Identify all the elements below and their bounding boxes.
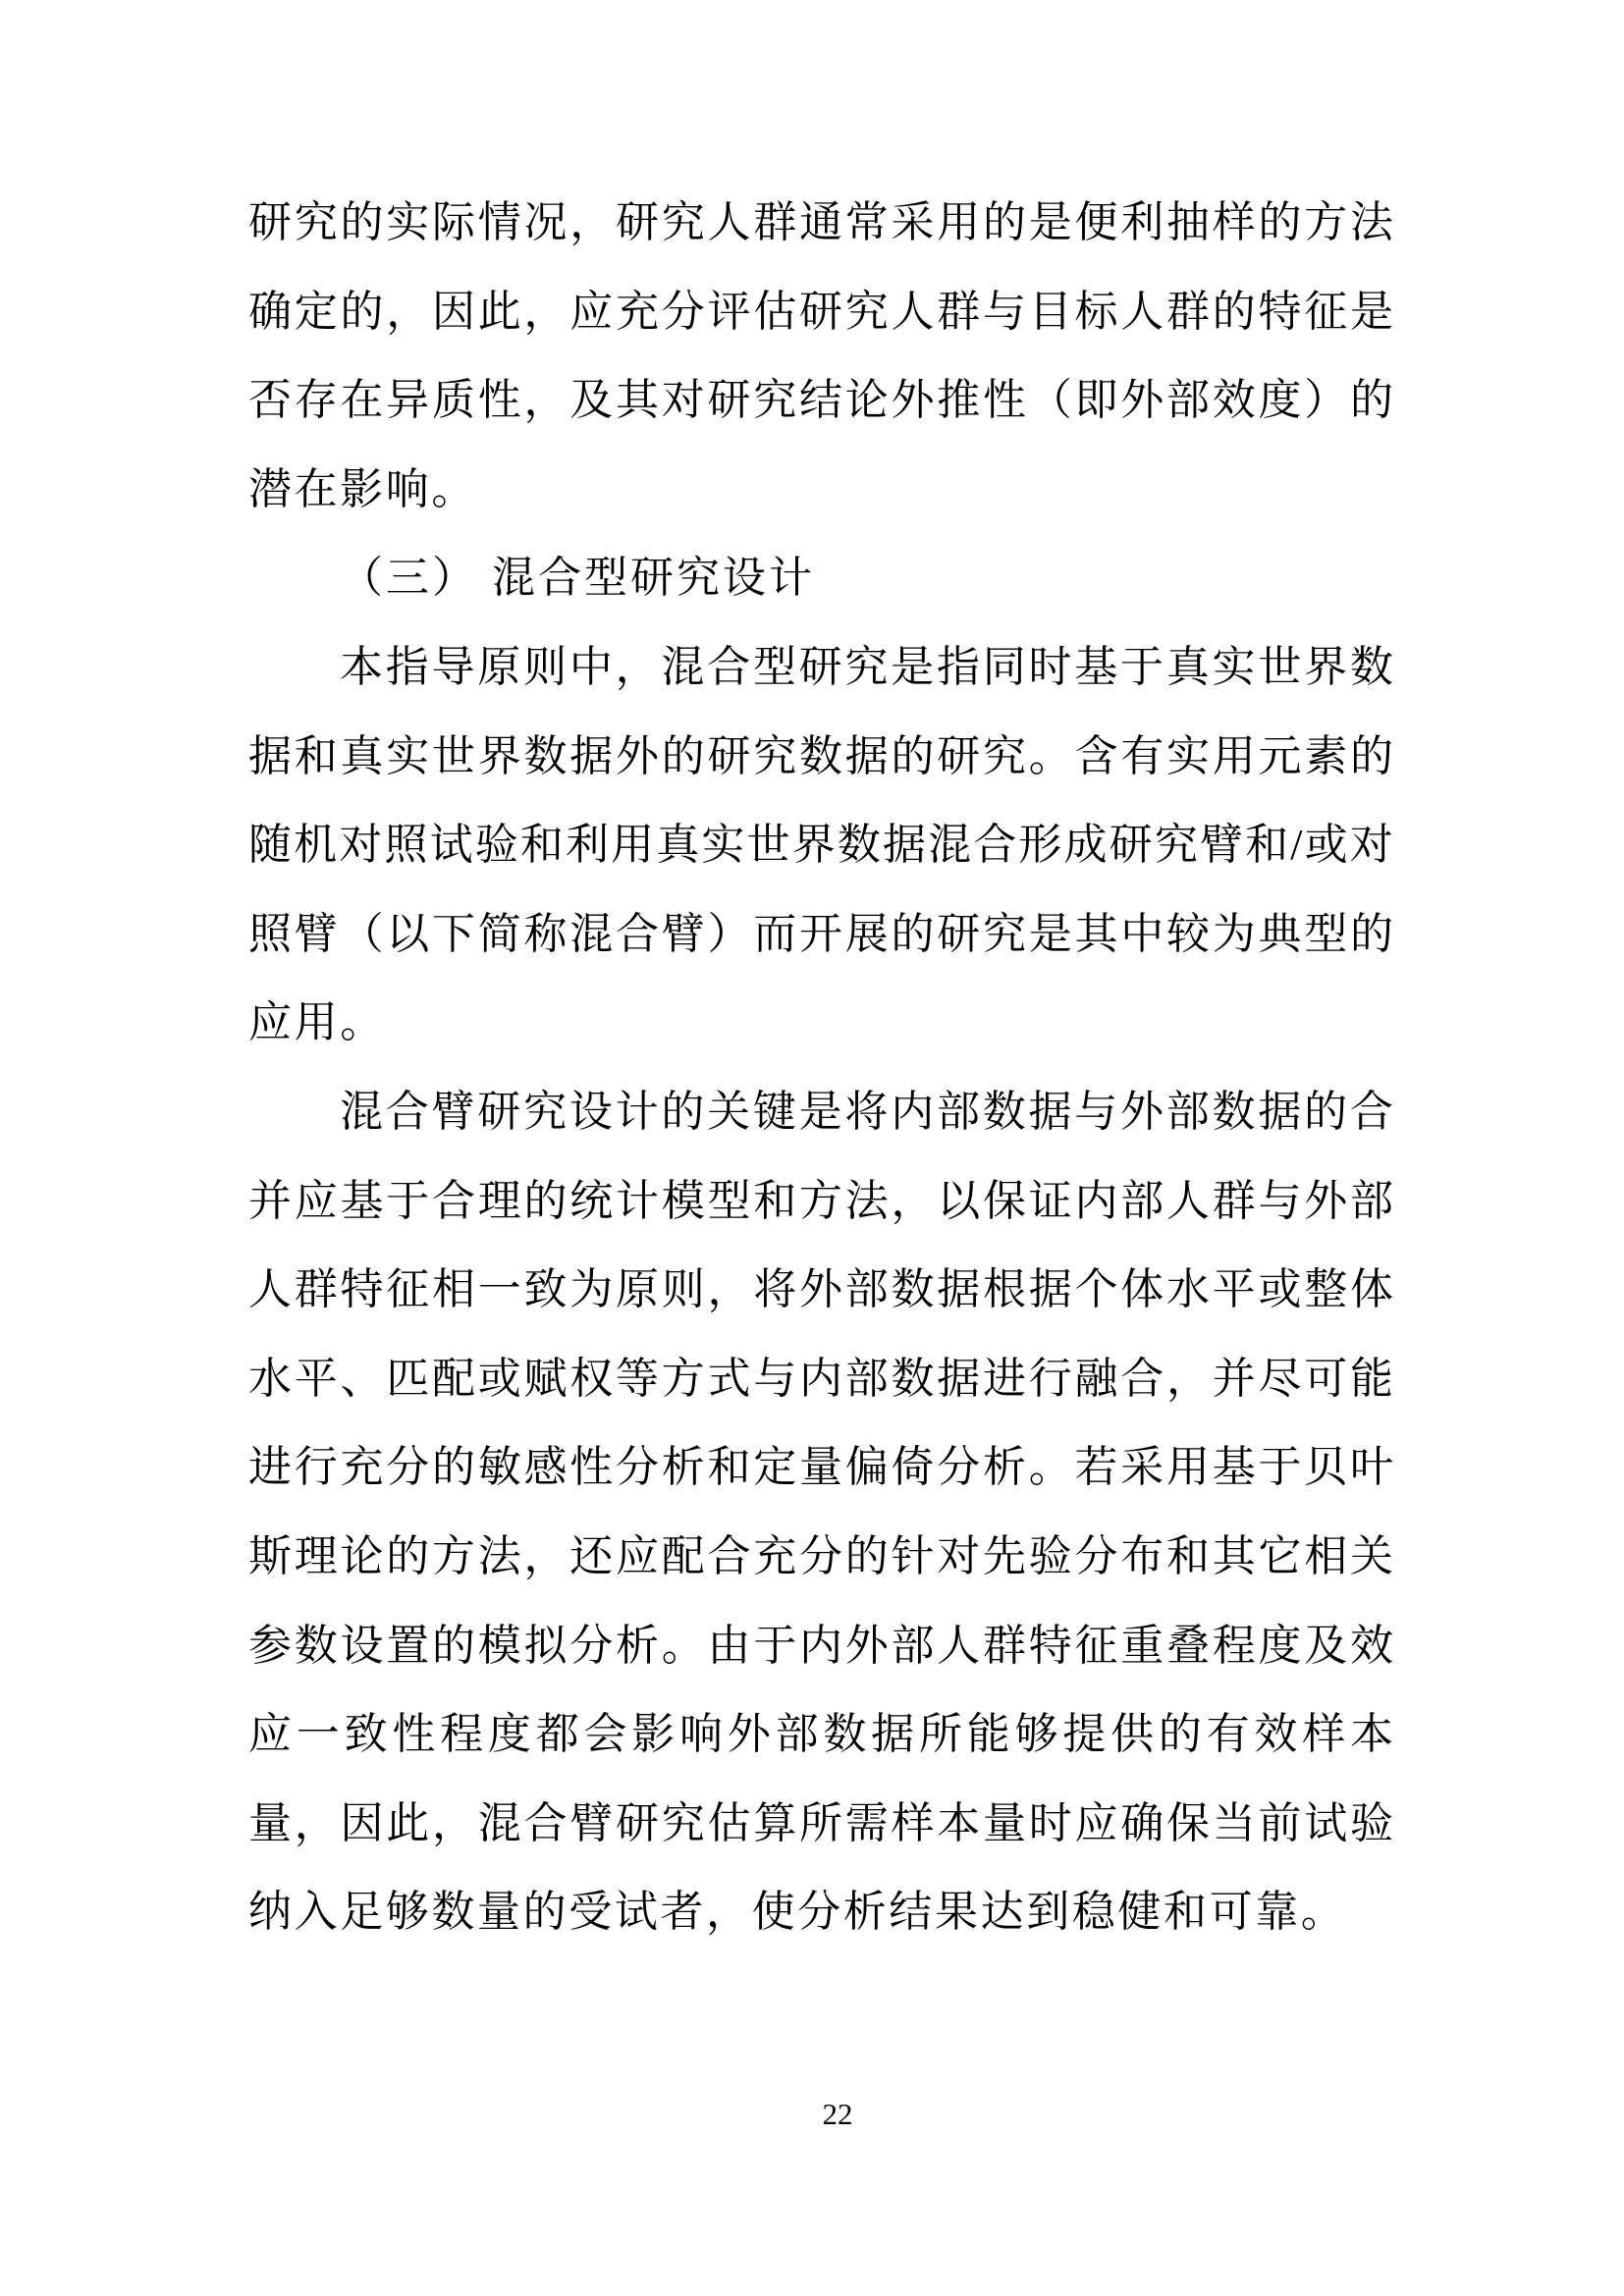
paragraph-mixed-study-definition: 本指导原则中，混合型研究是指同时基于真实世界数据和真实世界数据外的研究数据的研究… bbox=[248, 623, 1393, 1068]
text-line: 参数设置的模拟分析。由于内外部人群特征重叠程度及效 bbox=[248, 1602, 1393, 1691]
page-number: 22 bbox=[823, 2095, 853, 2134]
text-line: 量，因此，混合臂研究估算所需样本量时应确保当前试验 bbox=[248, 1780, 1393, 1869]
text-line: 应一致性程度都会影响外部数据所能够提供的有效样本 bbox=[248, 1690, 1393, 1780]
text-line: 据和真实世界数据外的研究数据的研究。含有实用元素的 bbox=[248, 713, 1393, 802]
text-line: 应用。 bbox=[248, 979, 1393, 1068]
text-line: 纳入足够数量的受试者，使分析结果达到稳健和可靠。 bbox=[248, 1868, 1393, 1957]
text-line: 人群特征相一致为原则，将外部数据根据个体水平或整体 bbox=[248, 1246, 1393, 1335]
text-line: 随机对照试验和利用真实世界数据混合形成研究臂和/或对 bbox=[248, 801, 1393, 890]
text-line: 本指导原则中，混合型研究是指同时基于真实世界数 bbox=[248, 623, 1393, 713]
heading-line: （三） 混合型研究设计 bbox=[248, 534, 1393, 623]
text-line: 否存在异质性，及其对研究结论外推性（即外部效度）的 bbox=[248, 356, 1393, 446]
text-line: 确定的，因此，应充分评估研究人群与目标人群的特征是 bbox=[248, 268, 1393, 357]
text-line: 研究的实际情况，研究人群通常采用的是便利抽样的方法 bbox=[248, 179, 1393, 268]
section-heading-mixed-study-design: （三） 混合型研究设计 bbox=[248, 534, 1393, 623]
text-line: 斯理论的方法，还应配合充分的针对先验分布和其它相关 bbox=[248, 1513, 1393, 1602]
paragraph-population-extrapolation: 研究的实际情况，研究人群通常采用的是便利抽样的方法确定的，因此，应充分评估研究人… bbox=[248, 179, 1393, 534]
text-line: 进行充分的敏感性分析和定量偏倚分析。若采用基于贝叶 bbox=[248, 1423, 1393, 1513]
text-line: 并应基于合理的统计模型和方法，以保证内部人群与外部 bbox=[248, 1157, 1393, 1247]
text-line: 水平、匹配或赋权等方式与内部数据进行融合，并尽可能 bbox=[248, 1335, 1393, 1424]
text-line: 照臂（以下简称混合臂）而开展的研究是其中较为典型的 bbox=[248, 890, 1393, 980]
paragraph-hybrid-arm-design-key: 混合臂研究设计的关键是将内部数据与外部数据的合并应基于合理的统计模型和方法，以保… bbox=[248, 1068, 1393, 1957]
text-line: 混合臂研究设计的关键是将内部数据与外部数据的合 bbox=[248, 1068, 1393, 1157]
body-text: 研究的实际情况，研究人群通常采用的是便利抽样的方法确定的，因此，应充分评估研究人… bbox=[248, 179, 1393, 1957]
document-page: 研究的实际情况，研究人群通常采用的是便利抽样的方法确定的，因此，应充分评估研究人… bbox=[0, 0, 1624, 2296]
text-line: 潜在影响。 bbox=[248, 446, 1393, 535]
